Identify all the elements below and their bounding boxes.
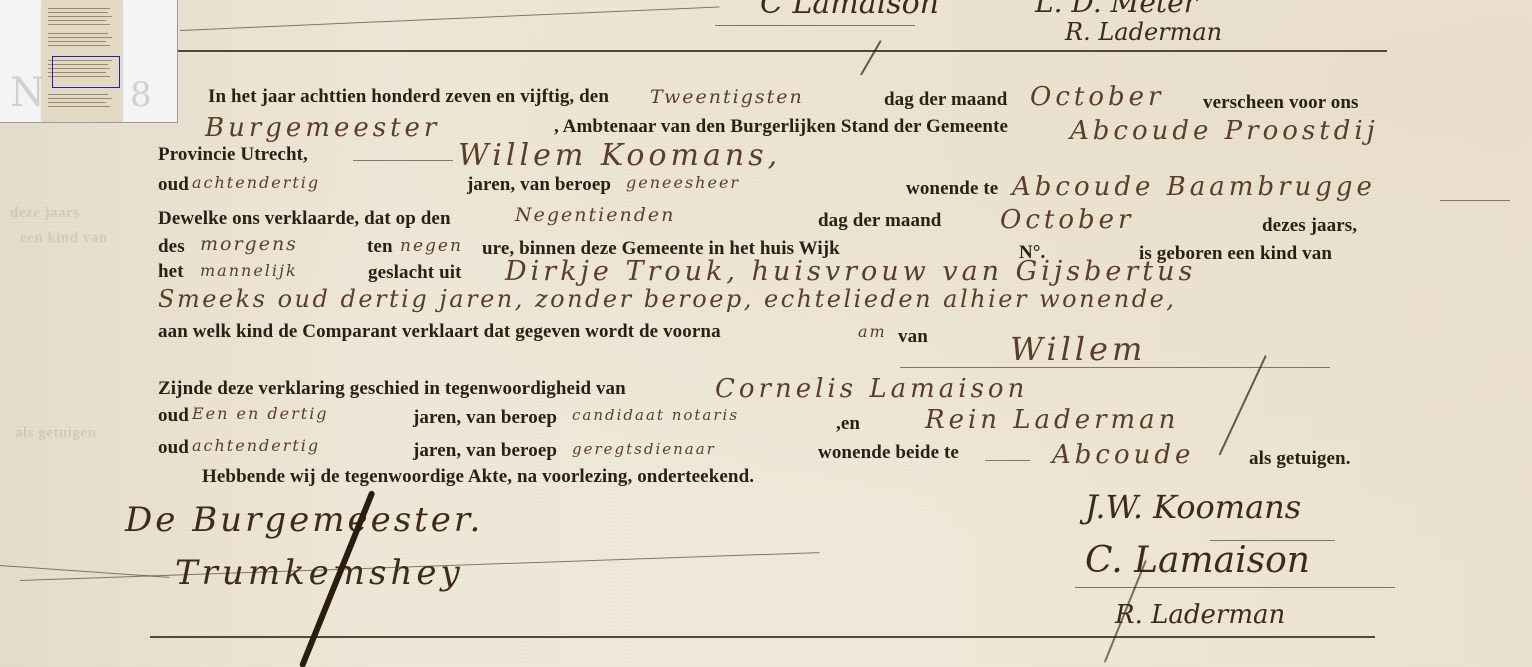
- signature-witness2: R. Laderman: [1115, 600, 1285, 630]
- printed-text: ten: [367, 236, 393, 257]
- handwritten-declarant: Willem Koomans,: [458, 138, 781, 173]
- signature-official-title: De Burgemeester.: [125, 500, 483, 540]
- printed-text: ,en: [836, 413, 860, 434]
- printed-text: oud: [158, 174, 189, 195]
- page-navigator-thumbnail[interactable]: N 8: [0, 0, 178, 123]
- printed-text: het: [158, 261, 184, 282]
- handwritten-witness1-occupation: candidaat notaris: [572, 406, 739, 424]
- handwritten-suffix: am: [858, 322, 887, 341]
- handwritten-time-of-day: morgens: [200, 233, 298, 255]
- fill-line: [900, 367, 1330, 368]
- handwritten-hour: negen: [400, 236, 463, 256]
- printed-text: jaren, van beroep: [413, 407, 557, 428]
- handwritten-witness2: Rein Laderman: [925, 405, 1179, 435]
- signature-witness-top: R. Laderman: [1065, 18, 1222, 46]
- signature-fragment: L. D. Meter: [1035, 0, 1197, 19]
- printed-text: wonende te: [906, 178, 998, 199]
- form-line-1: In het jaar achttien honderd zeven en vi…: [208, 86, 609, 108]
- printed-text: als getuigen.: [1249, 448, 1351, 469]
- margin-ghost-text: een kind van: [20, 230, 108, 247]
- flourish-line: [1075, 587, 1395, 588]
- handwritten-mother-details: Smeeks oud dertig jaren, zonder beroep, …: [158, 285, 1176, 313]
- fill-line: [1440, 200, 1510, 201]
- signature-declarant: J.W. Koomans: [1085, 488, 1301, 526]
- printed-text: dezes jaars,: [1262, 215, 1357, 236]
- section-divider: [150, 636, 1375, 638]
- margin-ghost-text: deze jaars: [10, 205, 80, 222]
- printed-text: Dewelke ons verklaarde, dat op den: [158, 208, 451, 229]
- flourish-line: [715, 25, 915, 26]
- printed-text: , Ambtenaar van den Burgerlijken Stand d…: [554, 116, 1008, 137]
- printed-text: oud: [158, 405, 189, 426]
- handwritten-mother: Dirkje Trouk, huisvrouw van Gijsbertus: [505, 256, 1196, 287]
- signature-fragment: C Lamaison: [760, 0, 939, 21]
- printed-text: Hebbende wij de tegenwoordige Akte, na v…: [202, 466, 754, 487]
- ghost-glyph: N: [10, 70, 45, 116]
- printed-text: verscheen voor ons: [1203, 92, 1359, 113]
- printed-text: oud: [158, 437, 189, 458]
- handwritten-municipality: Abcoude Proostdij: [1070, 116, 1379, 146]
- handwritten-day: Tweentigsten: [650, 86, 804, 108]
- printed-text: jaren, van beroep: [413, 440, 557, 461]
- fill-line: [985, 460, 1030, 461]
- flourish-line: [0, 565, 170, 578]
- handwritten-declarant-age: achtendertig: [192, 173, 320, 192]
- printed-text: dag der maand: [884, 89, 1007, 110]
- printed-text: jaren, van beroep: [467, 174, 611, 195]
- signature-witness1: C. Lamaison: [1085, 540, 1310, 581]
- printed-text: geslacht uit: [368, 262, 462, 283]
- ghost-glyph: 8: [130, 75, 152, 115]
- printed-text: Provincie Utrecht,: [158, 144, 308, 165]
- handwritten-declarant-residence: Abcoude Baambrugge: [1012, 172, 1376, 202]
- pen-stroke: [860, 40, 882, 76]
- handwritten-witness1-age: Een en dertig: [192, 404, 329, 423]
- viewport-indicator[interactable]: [52, 56, 120, 88]
- fill-line: [353, 160, 453, 161]
- printed-text: wonende beide te: [818, 442, 959, 463]
- handwritten-sex: mannelijk: [200, 261, 298, 280]
- document-scan: deze jaars een kind van als getuigen C L…: [0, 0, 1532, 667]
- handwritten-child-name: Willem: [1010, 330, 1146, 368]
- handwritten-month: October: [1030, 82, 1164, 112]
- handwritten-witness2-occupation: geregtsdienaar: [572, 440, 716, 458]
- handwritten-witness1: Cornelis Lamaison: [715, 374, 1028, 404]
- printed-text: dag der maand: [818, 210, 941, 231]
- handwritten-declarant-occupation: geneesheer: [626, 173, 740, 192]
- pen-stroke: [1219, 355, 1267, 456]
- section-divider: [175, 50, 1387, 52]
- handwritten-official-title: Burgemeester: [205, 113, 440, 143]
- handwritten-witness-residence: Abcoude: [1052, 440, 1194, 470]
- margin-ghost-text: als getuigen: [15, 425, 96, 442]
- flourish-line: [180, 6, 720, 31]
- printed-text: Zijnde deze verklaring geschied in tegen…: [158, 378, 626, 399]
- printed-text: van: [898, 326, 928, 347]
- handwritten-birth-month: October: [1000, 205, 1134, 235]
- handwritten-birth-day: Negentienden: [515, 204, 675, 226]
- printed-text: des: [158, 236, 185, 257]
- printed-text: aan welk kind de Comparant verklaart dat…: [158, 321, 721, 342]
- handwritten-witness2-age: achtendertig: [192, 436, 320, 455]
